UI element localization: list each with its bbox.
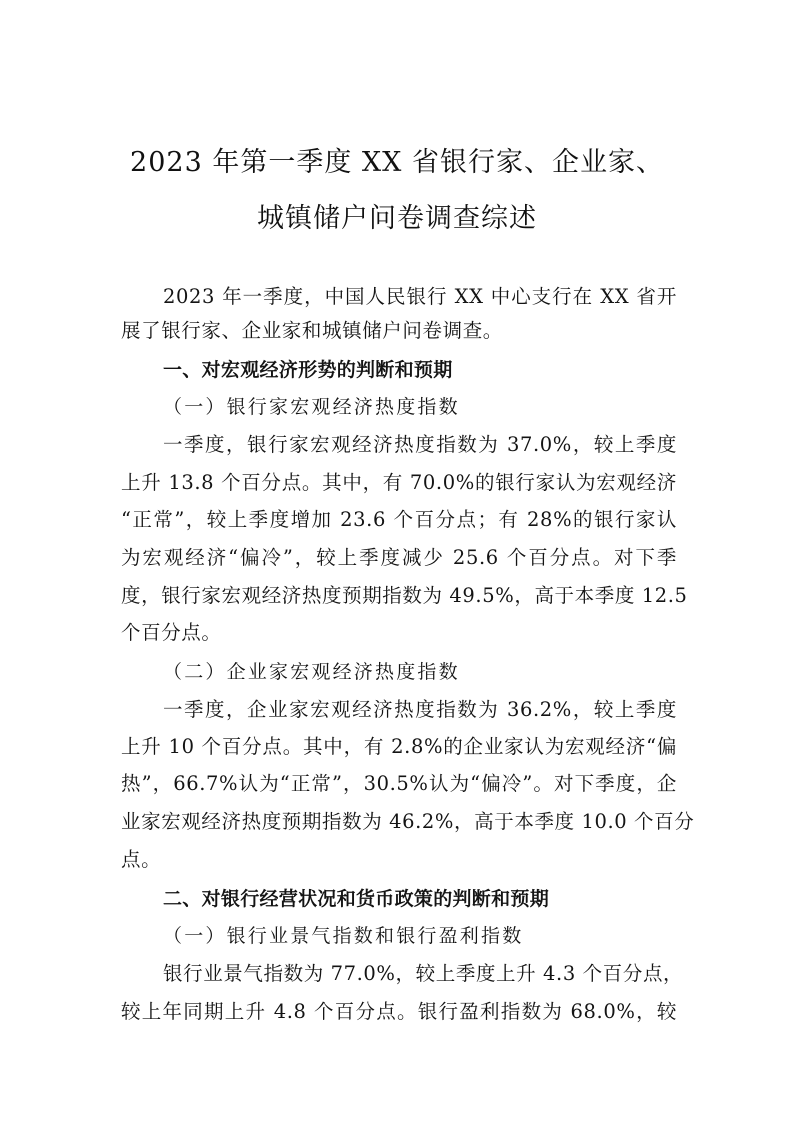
document-page: 2023 年第一季度 XX 省银行家、企业家、 城镇储户问卷调查综述 2023 … [0, 0, 794, 1122]
paragraph-line: 较上年同期上升 4.8 个百分点。银行盈利指数为 68.0%，较 [121, 999, 677, 1025]
paragraph-line: 一季度，企业家宏观经济热度指数为 36.2%，较上季度 [163, 697, 677, 723]
document-title-line-2: 城镇储户问卷调查综述 [0, 196, 794, 235]
paragraph-line: 为宏观经济“偏冷”，较上季度减少 25.6 个百分点。对下季 [121, 545, 677, 571]
paragraph-line: 度，银行家宏观经济热度预期指数为 49.5%，高于本季度 12.5 [121, 583, 677, 609]
paragraph-line: 一季度，银行家宏观经济热度指数为 37.0%，较上季度 [163, 432, 677, 458]
section-heading: 一、对宏观经济形势的判断和预期 [163, 357, 719, 383]
paragraph-line: 点。 [121, 847, 677, 873]
intro-paragraph-line: 展了银行家、企业家和城镇储户问卷调查。 [121, 318, 677, 344]
section-heading: 二、对银行经营状况和货币政策的判断和预期 [163, 886, 719, 912]
intro-paragraph-line: 2023 年一季度，中国人民银行 XX 中心支行在 XX 省开 [163, 284, 677, 310]
paragraph-line: 银行业景气指数为 77.0%，较上季度上升 4.3 个百分点， [163, 961, 677, 987]
paragraph-line: 个百分点。 [121, 620, 677, 646]
paragraph-line: 热”，66.7%认为“正常”，30.5%认为“偏冷”。对下季度，企 [121, 771, 677, 797]
paragraph-line: 业家宏观经济热度预期指数为 46.2%，高于本季度 10.0 个百分 [121, 809, 677, 835]
paragraph-line: “正常”，较上季度增加 23.6 个百分点；有 28%的银行家认 [121, 507, 677, 533]
subsection-heading: （一）银行业景气指数和银行盈利指数 [163, 923, 719, 949]
paragraph-line: 上升 13.8 个百分点。其中，有 70.0%的银行家认为宏观经济 [121, 470, 677, 496]
subsection-heading: （一）银行家宏观经济热度指数 [163, 394, 719, 420]
subsection-heading: （二）企业家宏观经济热度指数 [163, 659, 719, 685]
paragraph-line: 上升 10 个百分点。其中，有 2.8%的企业家认为宏观经济“偏 [121, 734, 677, 760]
document-title-line-1: 2023 年第一季度 XX 省银行家、企业家、 [0, 140, 794, 179]
